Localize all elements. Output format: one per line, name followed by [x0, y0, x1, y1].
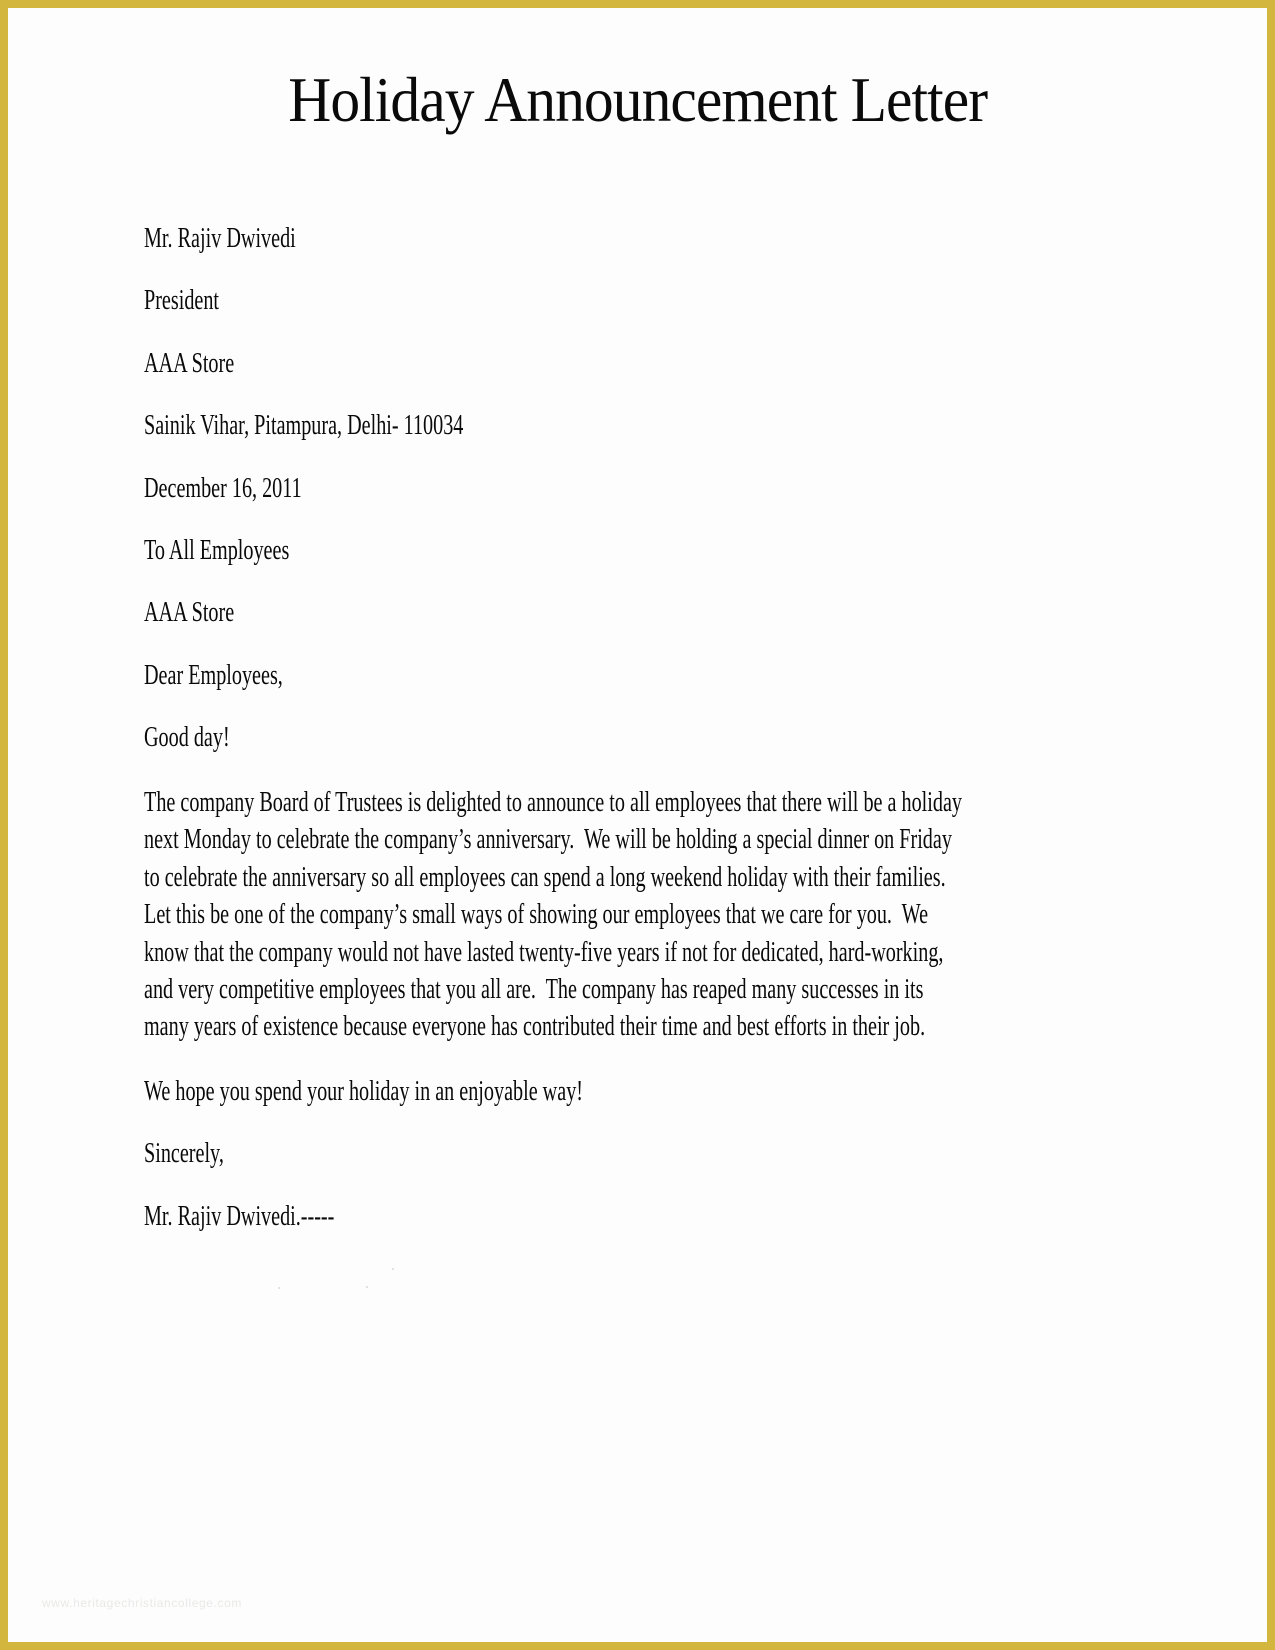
body-line: Let this be one of the company’s small w…	[144, 898, 928, 932]
page-title: Holiday Announcement Letter	[8, 65, 1267, 135]
recipient-title: President	[144, 284, 219, 318]
body-line: to celebrate the anniversary so all empl…	[144, 861, 946, 895]
letter-page: Holiday Announcement Letter Mr. Rajiv Dw…	[0, 0, 1275, 1650]
scan-artifact-dot	[278, 1287, 280, 1289]
signature-line: Mr. Rajiv Dwivedi.-----	[144, 1200, 334, 1234]
scan-artifact-dot	[366, 1286, 368, 1288]
salutation: Dear Employees,	[144, 659, 283, 693]
body-line: and very competitive employees that you …	[144, 973, 923, 1007]
date-line: December 16, 2011	[144, 472, 302, 506]
body-line: next Monday to celebrate the company’s a…	[144, 823, 952, 857]
recipient-company: AAA Store	[144, 347, 234, 381]
body-line: know that the company would not have las…	[144, 936, 943, 970]
to-company: AAA Store	[144, 596, 234, 630]
body-line: The company Board of Trustees is delight…	[144, 786, 962, 820]
to-line: To All Employees	[144, 534, 289, 568]
recipient-name: Mr. Rajiv Dwivedi	[144, 222, 296, 256]
scan-artifact-dot	[392, 1268, 394, 1270]
page-title-text: Holiday Announcement Letter	[288, 65, 987, 135]
recipient-address: Sainik Vihar, Pitampura, Delhi- 110034	[144, 409, 463, 443]
body-line: many years of existence because everyone…	[144, 1010, 925, 1044]
closing-line: We hope you spend your holiday in an enj…	[144, 1075, 583, 1109]
sign-off: Sincerely,	[144, 1137, 224, 1171]
greeting: Good day!	[144, 721, 230, 755]
watermark-url: www.heritagechristiancollege.com	[42, 1596, 242, 1610]
